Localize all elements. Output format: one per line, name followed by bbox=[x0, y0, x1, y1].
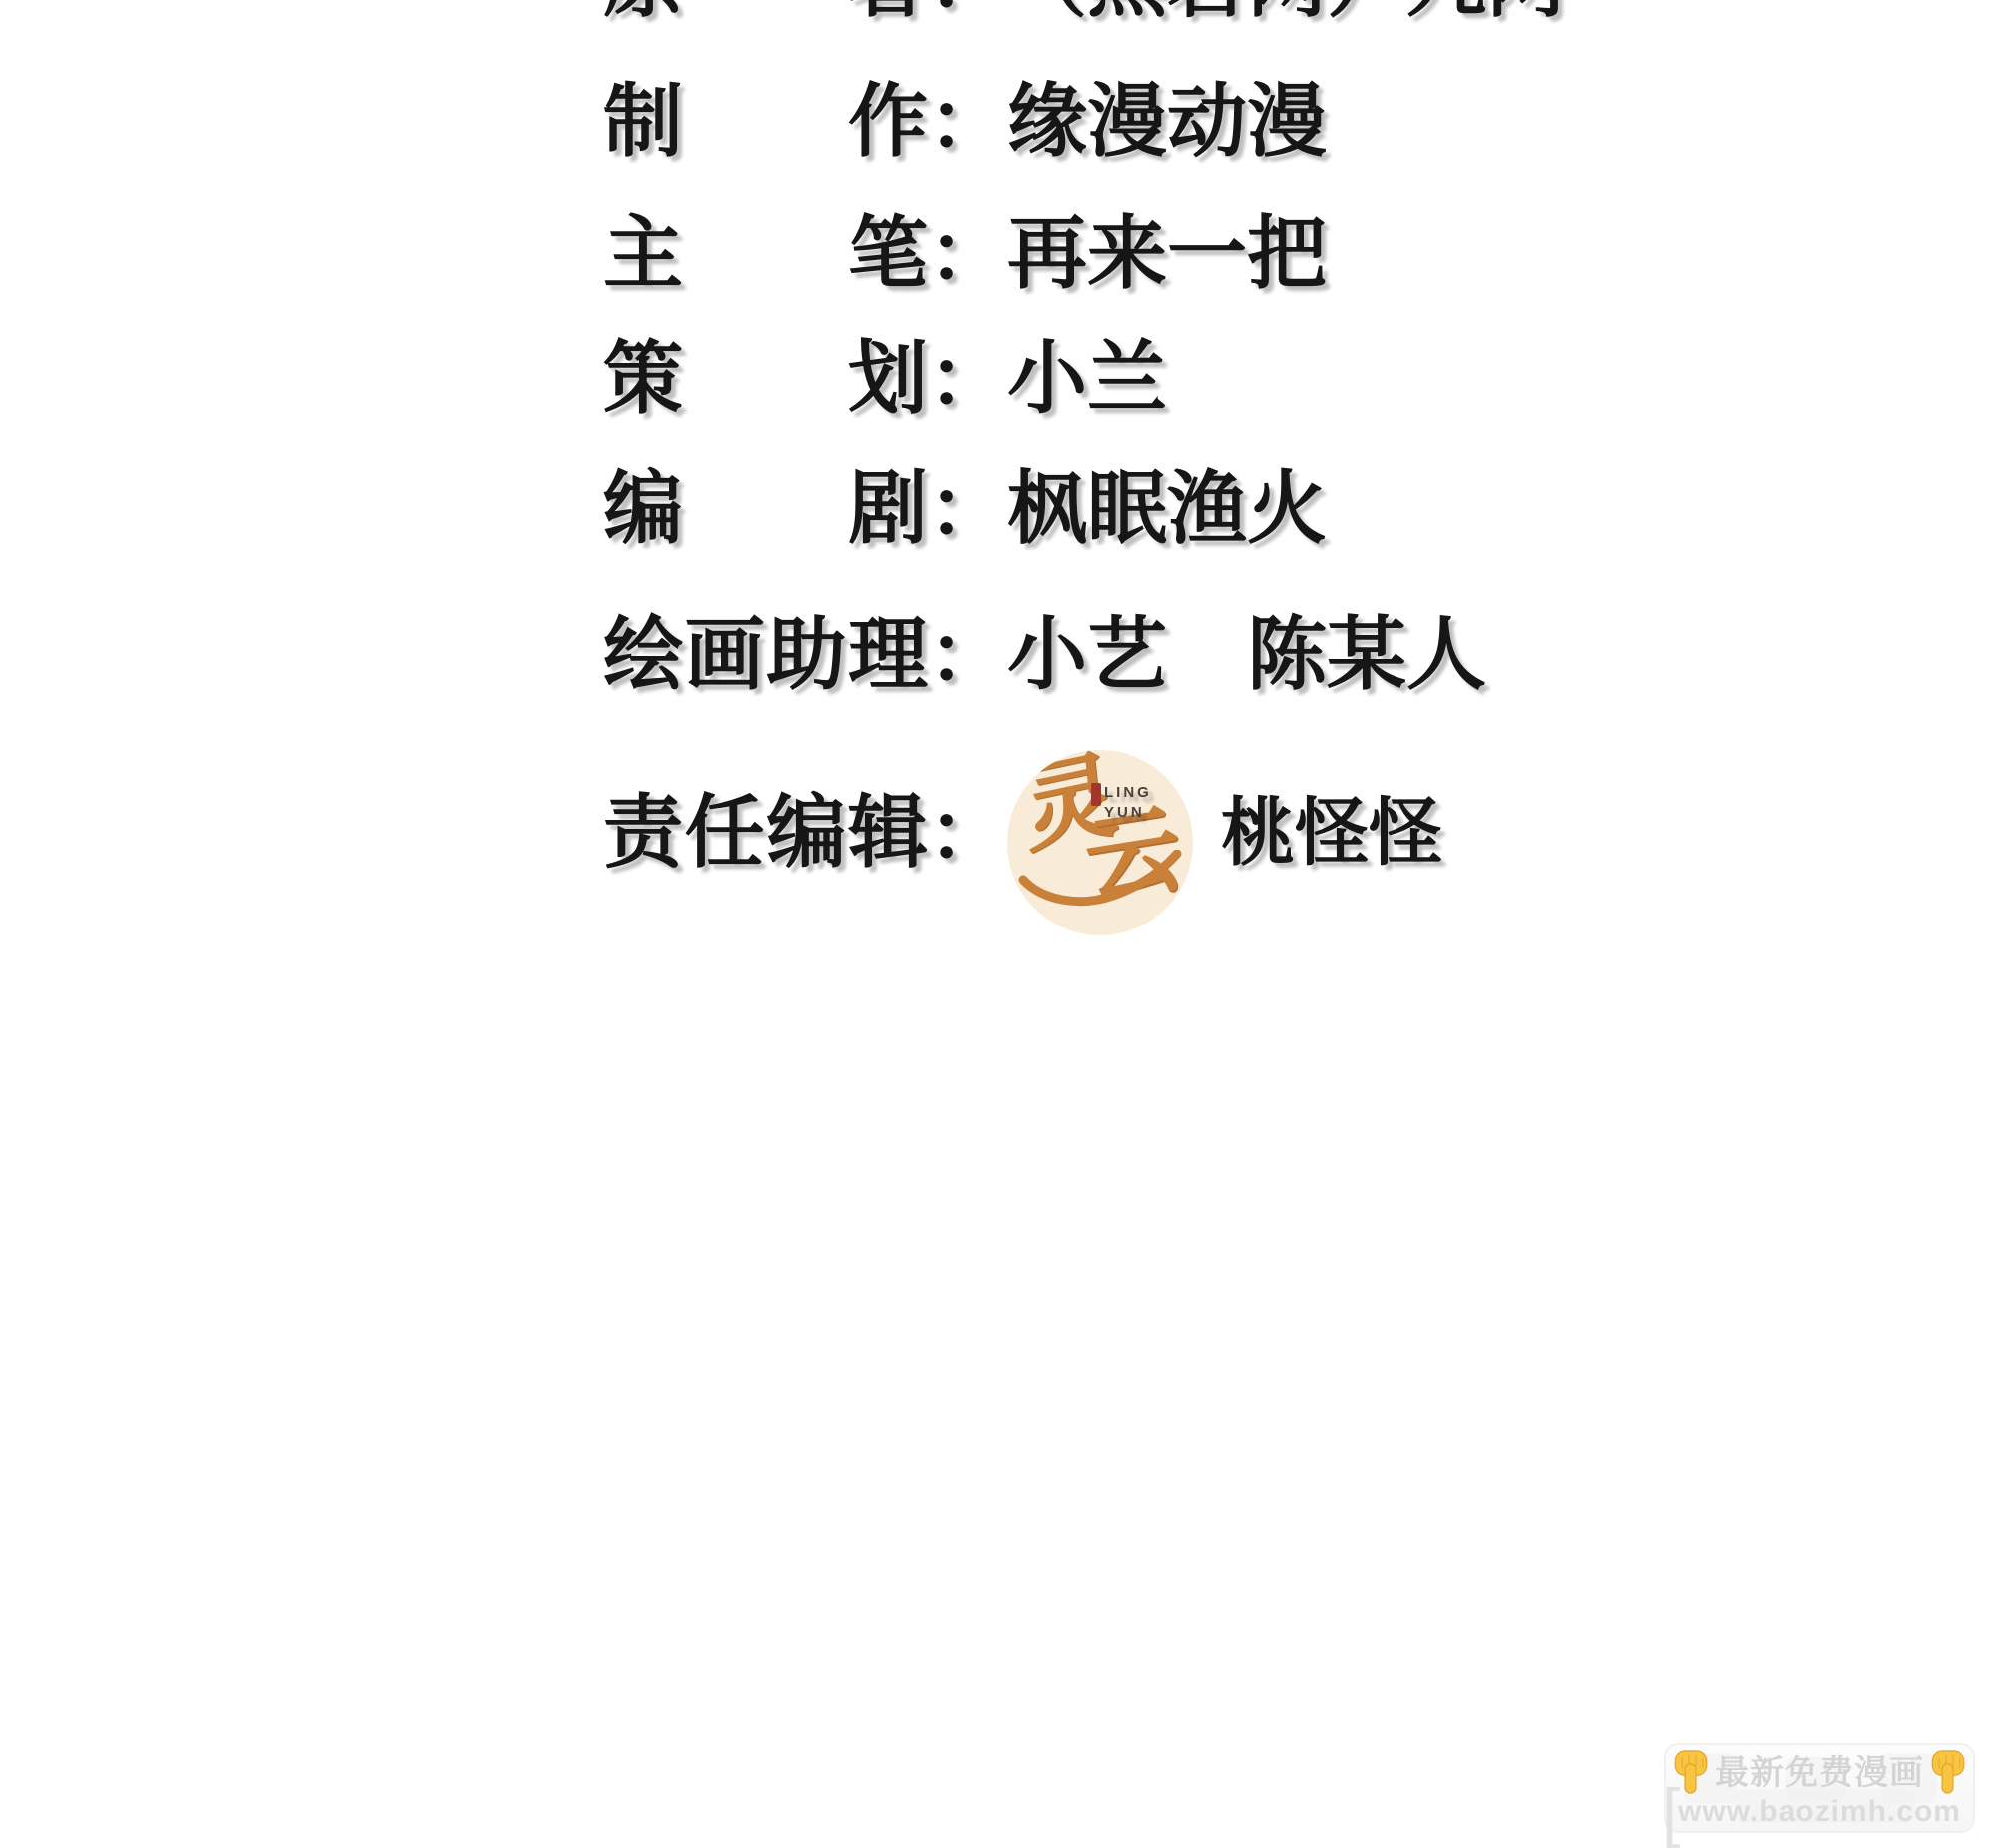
lingyun-studio-logo: 灵 云 LING YUN bbox=[1007, 750, 1193, 935]
credit-colon: ： bbox=[928, 214, 1007, 294]
brush-swoosh-icon bbox=[1015, 850, 1185, 914]
credit-colon: ： bbox=[928, 615, 1007, 695]
point-down-icon bbox=[1673, 1750, 1709, 1795]
editor-name: 桃怪怪 bbox=[1221, 796, 1442, 870]
logo-latin-line: LING bbox=[1104, 783, 1152, 803]
credit-row-screenwriter: 编剧：枫眠渔火 bbox=[603, 469, 1327, 549]
point-down-icon bbox=[1930, 1750, 1966, 1795]
credit-label: 责任编辑 bbox=[603, 793, 928, 873]
logo-latin-name: LING YUN bbox=[1104, 783, 1152, 824]
logo-latin-line: YUN bbox=[1104, 803, 1152, 823]
credit-label: 绘画助理 bbox=[603, 615, 928, 695]
credit-row-planner: 策划：小兰 bbox=[603, 339, 1167, 419]
credit-label: 主笔 bbox=[603, 214, 928, 294]
credit-value: （黑岩网）九两 bbox=[1007, 0, 1566, 22]
credit-value: 缘漫动漫 bbox=[1007, 82, 1327, 162]
credit-row-production: 制作：缘漫动漫 bbox=[603, 82, 1327, 162]
credit-colon: ： bbox=[928, 82, 1007, 162]
credit-row-lead-artist: 主笔：再来一把 bbox=[603, 214, 1327, 294]
credit-value: 枫眠渔火 bbox=[1007, 469, 1327, 549]
watermark-headline-text: 最新免费漫画 bbox=[1715, 1756, 1924, 1790]
credit-row-art-assistants: 绘画助理：小艺 陈某人 bbox=[603, 615, 1486, 695]
credit-label: 策划 bbox=[603, 339, 928, 419]
watermark-url: www.baozimh.com bbox=[1666, 1797, 1973, 1827]
credit-colon: ： bbox=[928, 469, 1007, 549]
logo-seal-stamp-icon bbox=[1091, 783, 1101, 806]
credit-value: 再来一把 bbox=[1007, 214, 1327, 294]
credit-colon: ： bbox=[928, 339, 1007, 419]
credit-row-editor: 责任编辑： 灵 云 LING YUN 桃怪怪 bbox=[603, 750, 1442, 935]
credit-value: 小艺 陈某人 bbox=[1007, 615, 1486, 695]
credit-row-original-author: 原著：（黑岩网）九两 bbox=[603, 0, 1566, 22]
credit-value: 小兰 bbox=[1007, 339, 1167, 419]
credit-colon: ： bbox=[928, 793, 1007, 873]
credit-label: 编剧 bbox=[603, 469, 928, 549]
site-watermark: [ 最新免费漫画 www.baozimh.com bbox=[1664, 1743, 1975, 1833]
watermark-headline: 最新免费漫画 bbox=[1666, 1750, 1973, 1795]
credit-colon: ： bbox=[928, 0, 1007, 22]
comic-credits-page: { "page": {"background": "#ffffff", "tex… bbox=[0, 0, 1995, 1848]
credit-label: 原著 bbox=[603, 0, 928, 22]
credit-label: 制作 bbox=[603, 82, 928, 162]
